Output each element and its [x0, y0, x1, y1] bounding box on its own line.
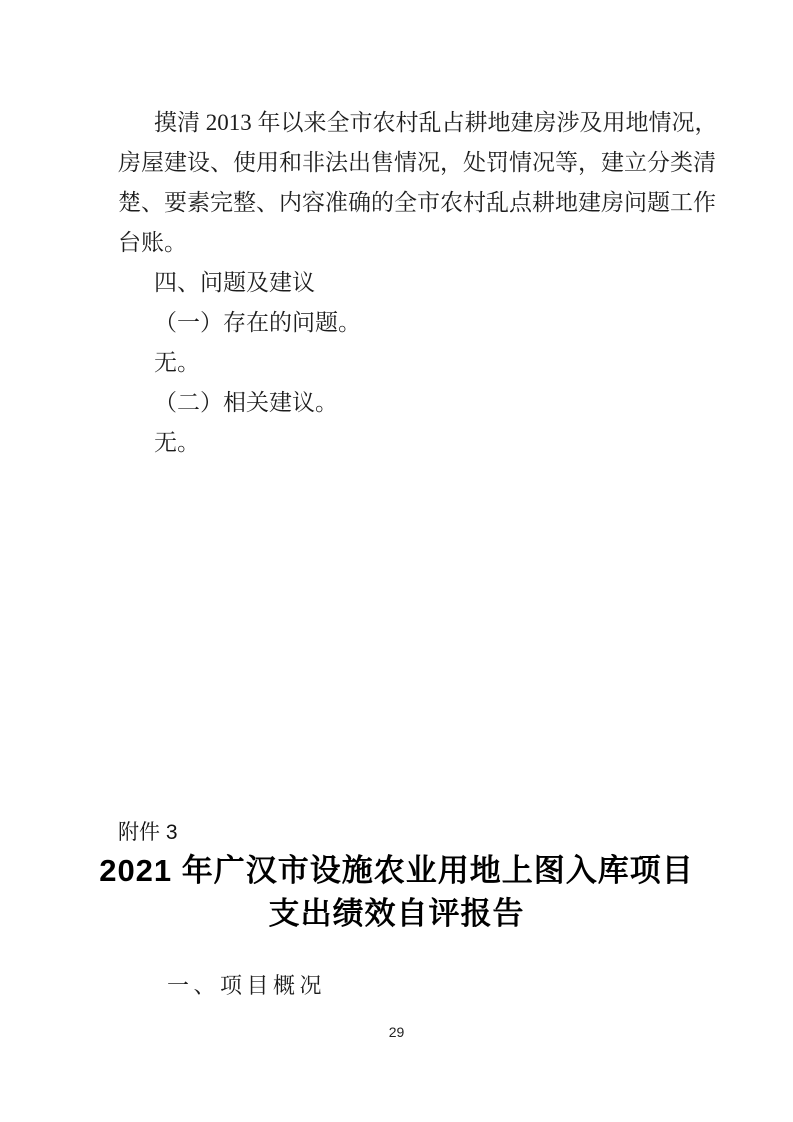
paragraph-line: 台账。	[118, 223, 707, 263]
section-heading-project-overview: 一、项目概况	[118, 970, 707, 1002]
body-text-block: 摸清 2013 年以来全市农村乱占耕地建房涉及用地情况， 房屋建设、使用和非法出…	[118, 103, 707, 463]
attachment-label: 附件 3	[118, 818, 178, 848]
paragraph-line: 房屋建设、使用和非法出售情况，处罚情况等，建立分类清	[118, 143, 707, 183]
subsection-line-related-suggestions: （二）相关建议。	[118, 383, 707, 423]
paragraph-line: 摸清 2013 年以来全市农村乱占耕地建房涉及用地情况，	[118, 103, 707, 143]
answer-line-none: 无。	[118, 423, 707, 463]
report-title: 2021 年广汉市设施农业用地上图入库项目 支出绩效自评报告	[0, 849, 793, 935]
document-page: 摸清 2013 年以来全市农村乱占耕地建房涉及用地情况， 房屋建设、使用和非法出…	[0, 0, 793, 1122]
subsection-line-existing-problems: （一）存在的问题。	[118, 303, 707, 343]
report-title-line1: 2021 年广汉市设施农业用地上图入库项目	[99, 853, 694, 888]
answer-line-none: 无。	[118, 343, 707, 383]
report-title-line2: 支出绩效自评报告	[269, 896, 525, 931]
paragraph-line: 楚、要素完整、内容准确的全市农村乱点耕地建房问题工作	[118, 183, 707, 223]
section-line-problems-and-suggestions: 四、问题及建议	[118, 263, 707, 303]
page-number: 29	[0, 1022, 793, 1042]
